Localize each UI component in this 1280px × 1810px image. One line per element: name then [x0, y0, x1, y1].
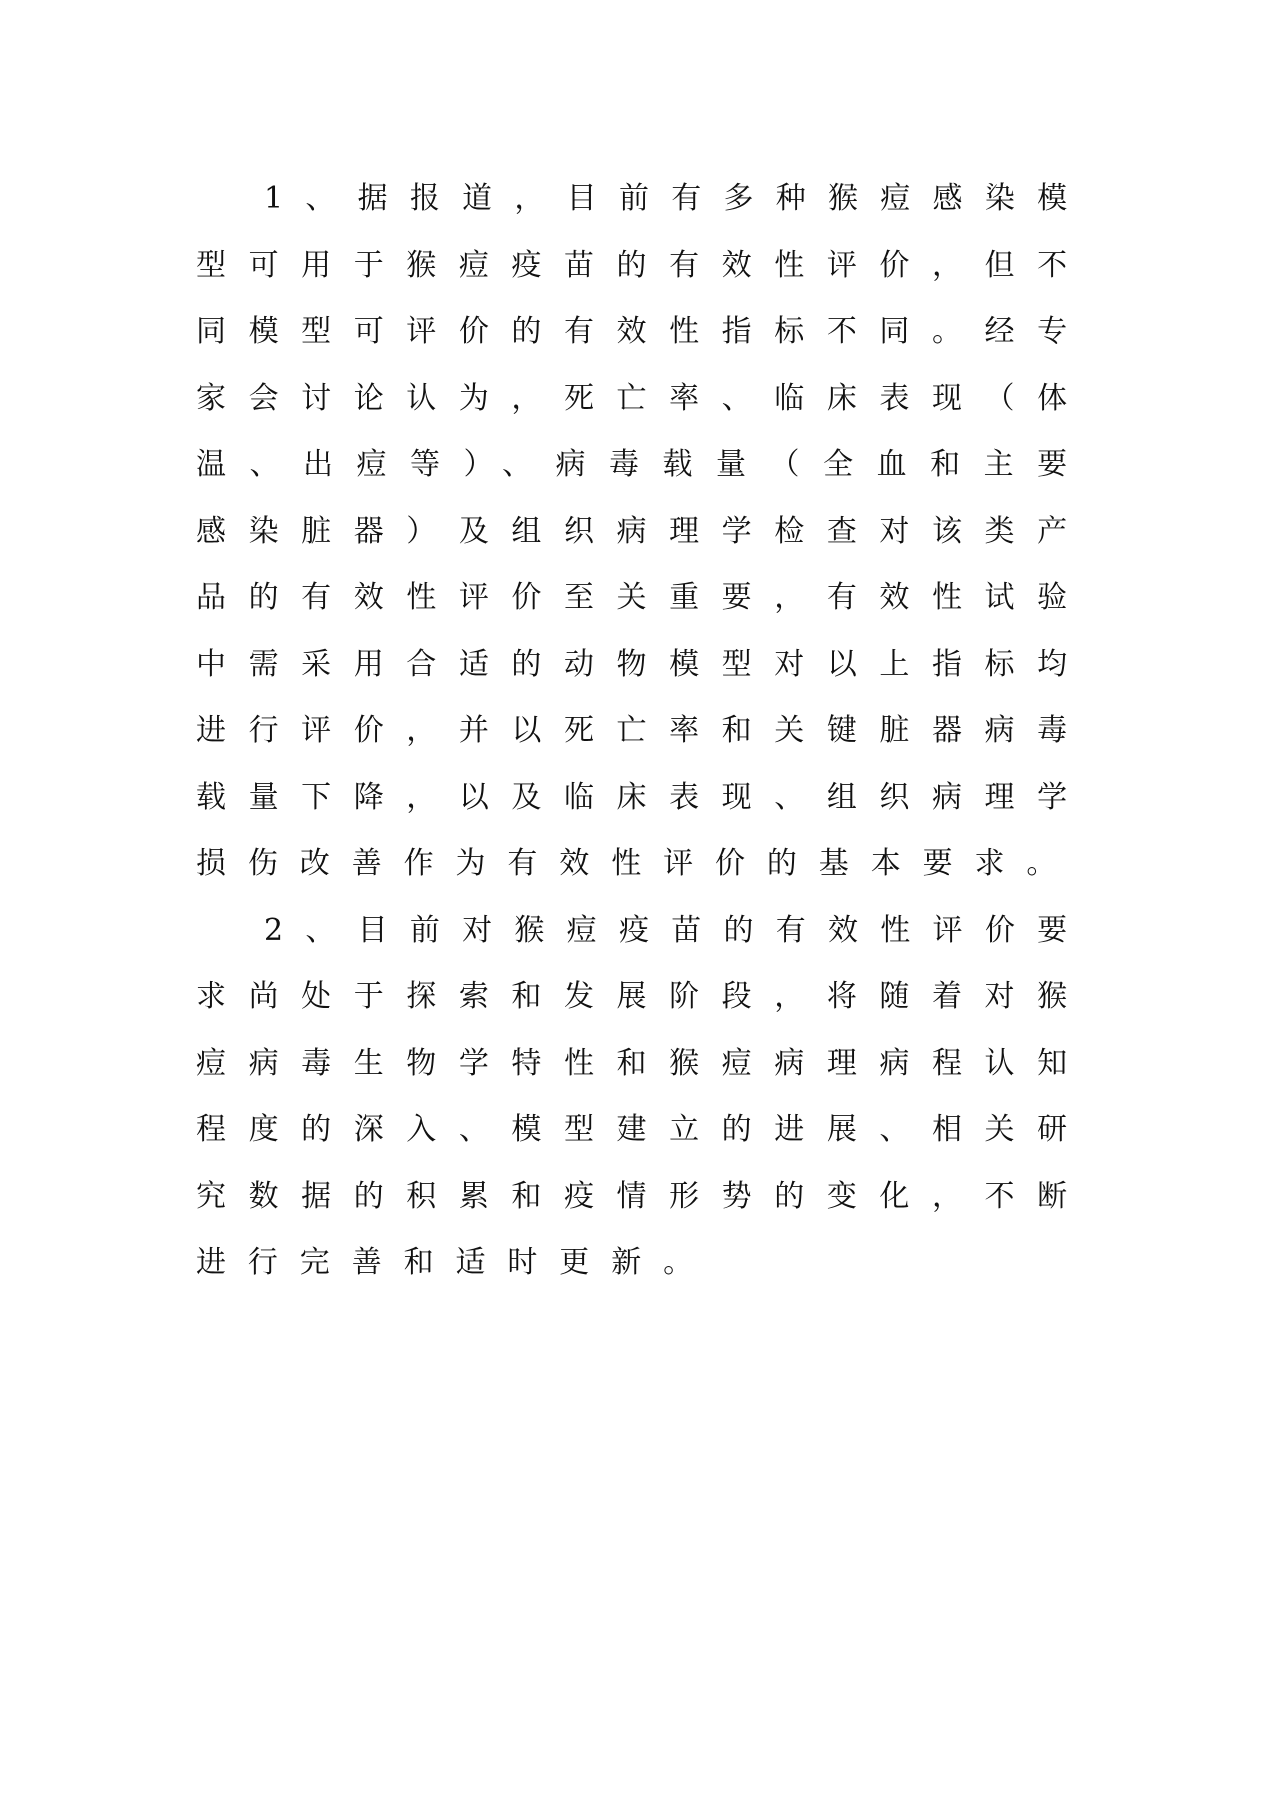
document-page: 1、据报道，目前有多种猴痘感染模型可用于猴痘疫苗的有效性评价，但不同模型可评价的… — [196, 166, 1089, 1297]
paragraph-1: 1、据报道，目前有多种猴痘感染模型可用于猴痘疫苗的有效性评价，但不同模型可评价的… — [196, 166, 1089, 898]
paragraph-2: 2、目前对猴痘疫苗的有效性评价要求尚处于探索和发展阶段，将随着对猴痘病毒生物学特… — [196, 898, 1089, 1297]
